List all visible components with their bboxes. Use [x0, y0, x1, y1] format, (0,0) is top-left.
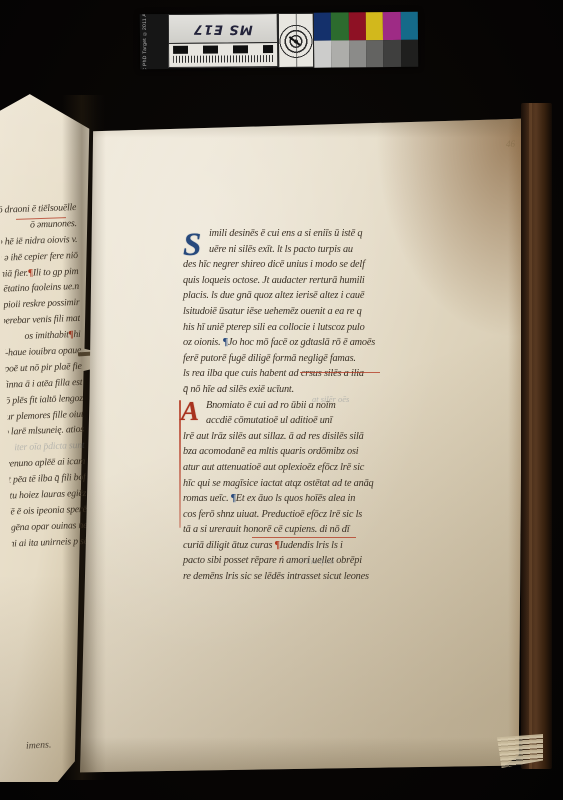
illuminated-initial-a: A	[181, 399, 199, 423]
manuscript-line: des hīc negrer shireo dicē unius i modo …	[183, 259, 417, 275]
manuscript-line: uēre ni silēs exīt. lt ls pacto turpis a…	[183, 244, 417, 260]
manuscript-line: ferē putorē fugē diligē formā negligē fa…	[183, 353, 417, 369]
manuscript-line: placis. ls due gnā quoz altez ierisē alt…	[183, 290, 417, 306]
text-segment: placis. ls due gnā quoz altez ierisē alt…	[183, 290, 364, 301]
color-patch	[366, 12, 384, 40]
shelfmark-label-panel: MS E17	[168, 13, 278, 44]
manuscript-line: romas ueīc. ¶Et ex āuo ls quos hoīēs ale…	[183, 493, 417, 509]
ruler-cm-blocks	[173, 45, 273, 54]
registration-target-icon	[278, 13, 314, 68]
manuscript-line: q̄ nō hīe ad silēs exiē ucīunt.	[183, 384, 417, 400]
text-segment: tā a si urerauit honorē cē cupiens. di n…	[183, 524, 349, 535]
ruler	[168, 43, 278, 68]
text-segment: re demēns lris sic se lēdēs intrasset si…	[183, 571, 369, 582]
calibration-target: AIC PhD Target ©2011 AIC MS E17	[140, 12, 418, 69]
text-segment: uēre ni silēs exīt. lt ls pacto turpis a…	[209, 244, 353, 255]
gray-patch	[401, 40, 419, 67]
main-text-block: imili desinēs ē cui ens a si eniīs ū ist…	[183, 228, 417, 587]
text-segment: pacto sibi posset rēpare ń amori uellet …	[183, 555, 362, 566]
text-segment: q̄ nō hīe ad silēs exiē ucīunt.	[183, 384, 294, 395]
illuminated-initial-s: S	[183, 231, 201, 259]
text-segment: os imithabit	[24, 329, 69, 346]
text-segment: imili desinēs ē cui ens a si eniīs ū ist…	[209, 228, 362, 239]
target-label-ruler-column: MS E17	[168, 13, 278, 69]
manuscript-line: bza acomodanē ea mltis quaris ordōmibz o…	[183, 446, 417, 462]
color-patch	[314, 13, 332, 41]
text-segment: ō əmunones.	[30, 218, 77, 236]
manuscript-line: hīc qui se magīsice iactat atqz ostētat …	[183, 478, 417, 494]
target-maker-label: AIC PhD Target ©2011 AIC	[140, 14, 168, 69]
manuscript-line: ls rea ilba que cuis habent ad crsus sil…	[183, 368, 417, 384]
left-page-text-column: niq̄ rō draoni ē tiēlsouēlleō əmunones.u…	[0, 202, 88, 554]
text-segment: oz oionis.	[183, 337, 223, 348]
manuscript-line: quis loqueis octose. Jt audacter rerturā…	[183, 275, 417, 291]
manuscript-line: Bnomiato ē cui ad ro ūbii a noīm	[183, 400, 417, 416]
gray-patch	[331, 40, 349, 67]
faded-marginalia: at silēr oēs	[312, 394, 349, 404]
color-patch	[348, 12, 366, 40]
gray-patch	[366, 40, 384, 67]
shelfmark-text: MS E17	[193, 21, 253, 37]
initial-flourish	[179, 400, 181, 528]
gray-patch	[349, 40, 367, 67]
manuscript-line: oz oionis. ¶Jo hoc mō facē oz gdtaslā rō…	[183, 337, 417, 353]
manuscript-line: ni ai ita unirneis p sē	[12, 535, 89, 554]
leather-binding	[521, 103, 552, 769]
right-page-bottom-shadow	[76, 737, 526, 777]
left-page-catchword: imens.	[26, 739, 52, 751]
right-page-top-shadow	[76, 112, 526, 138]
text-segment: hi	[73, 329, 81, 345]
color-patch	[383, 12, 401, 40]
manuscript-line: his hī uniē pterep sili ea collocie i lu…	[183, 322, 417, 338]
color-patch	[331, 12, 349, 40]
text-segment: Iudendis lris ls i	[280, 540, 343, 551]
rubric-underline	[252, 537, 356, 538]
text-segment: cos ferō shnz uiuat. Preductioē efōcz lr…	[183, 509, 362, 520]
text-segment: romas ueīc.	[183, 493, 231, 504]
manuscript-line: curiā diligit ātuz curas ¶Iudendis lris …	[183, 540, 417, 556]
text-segment: atur aut attenuatioē aut oplexioēz efōcz…	[183, 462, 364, 473]
gray-patch	[314, 41, 332, 68]
text-segment: quis loqueis octose. Jt audacter rerturā…	[183, 275, 365, 286]
manuscript-line: re demēns lris sic se lēdēs intrasset si…	[183, 571, 417, 587]
rubric-underline	[300, 372, 380, 373]
text-segment: lsitudoiē ūsatur iēse uehemēz ouenit a e…	[183, 306, 362, 317]
text-segment: ferē putorē fugē diligē formā negligē fa…	[183, 353, 356, 364]
text-segment: curiā diligit ātuz curas	[183, 540, 275, 551]
text-segment: Ili to gp pim	[33, 266, 79, 283]
text-segment: his hī uniē pterep sili ea collocie i lu…	[183, 322, 365, 333]
manuscript-line: cos ferō shnz uiuat. Preductioē efōcz lr…	[183, 509, 417, 525]
manuscript-line: imili desinēs ē cui ens a si eniīs ū ist…	[183, 228, 417, 244]
text-segment: bza acomodanē ea mltis quaris ordōmibz o…	[183, 446, 358, 457]
text-segment: ni ai ita unirneis p sē	[9, 535, 88, 554]
text-segment: des hīc negrer shireo dicē unius i modo …	[183, 259, 365, 270]
text-segment: Et ex āuo ls quos hoīēs alea in	[236, 493, 355, 504]
text-segment: Jo hoc mō facē oz gdtaslā rō ē amoēs	[228, 337, 375, 348]
photo-stage: AIC PhD Target ©2011 AIC MS E17 niq̄ rō …	[0, 0, 563, 800]
folio-number: 46	[506, 139, 515, 149]
text-segment: ls rea ilba que cuis habent ad crsus sil…	[183, 368, 364, 379]
registration-needle	[289, 36, 301, 46]
manuscript-line: atur aut attenuatioē aut oplexioēz efōcz…	[183, 462, 417, 478]
binding-highlight	[529, 103, 532, 769]
ruler-mm-ticks	[173, 55, 273, 63]
text-segment: lrē aut lrāz silēs aut sillaz. ā ad res …	[183, 431, 364, 442]
color-patch	[400, 12, 418, 40]
text-segment: hīc qui se magīsice iactat atqz ostētat …	[183, 478, 373, 489]
manuscript-line: lrē aut lrāz silēs aut sillaz. ā ad res …	[183, 431, 417, 447]
gray-patch	[383, 40, 401, 67]
manuscript-line: accdiē cōmutatioē ul aditioē unī	[183, 415, 417, 431]
text-segment: accdiē cōmutatioē ul aditioē unī	[206, 415, 332, 426]
color-patch-grid	[314, 12, 418, 68]
manuscript-line: lsitudoiē ūsatur iēse uehemēz ouenit a e…	[183, 306, 417, 322]
text-segment: niā fier.	[0, 267, 28, 284]
faded-marginalia: ē ilia q̄ nō	[300, 556, 334, 566]
target-maker-text: AIC PhD Target ©2011 AIC	[142, 14, 149, 69]
